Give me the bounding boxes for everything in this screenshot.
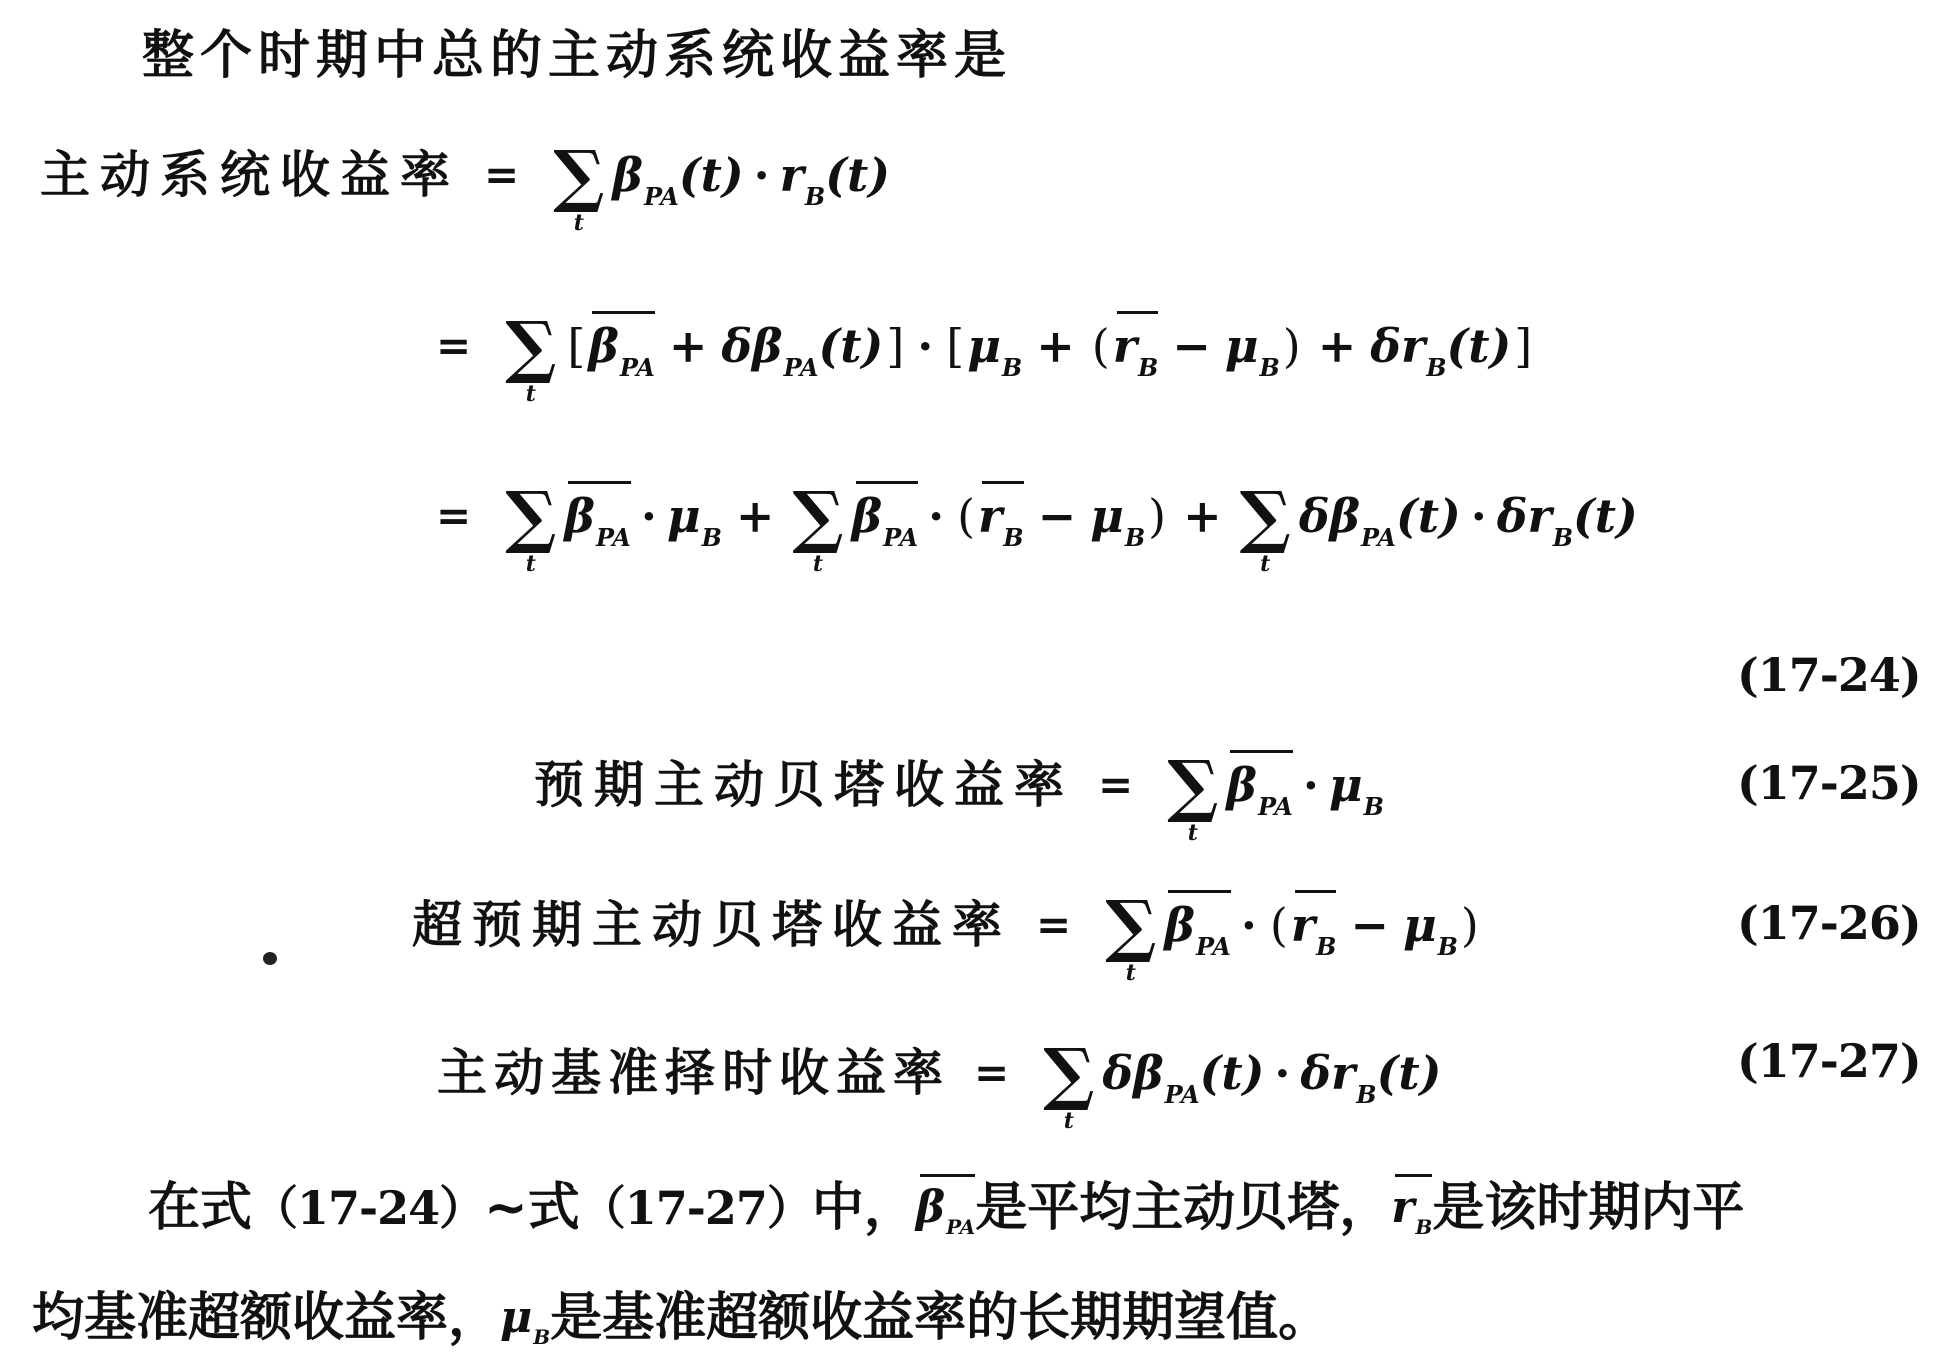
minus-sign: − <box>1172 323 1211 369</box>
dot-operator: · <box>754 152 770 198</box>
r-b: rB <box>780 152 826 198</box>
equation-17-24-line-1: 主动系统收益率 = ∑ t βPA (t) · rB (t) <box>40 140 890 210</box>
paragraph-line-1: 在式 （17-24） ~ 式 （17-27） 中， βPA 是平均主动贝塔， r… <box>148 1178 1744 1238</box>
arg-t: (t) <box>1573 493 1638 539</box>
equation-number-17-24: (17-24) <box>1737 648 1921 702</box>
equation-ref: （17-27） <box>580 1185 812 1231</box>
delta-beta-pa: δβPA <box>1299 493 1396 539</box>
summation-icon: ∑ t <box>505 487 556 544</box>
mu-b: μB <box>1329 762 1384 808</box>
para-text: 式 <box>528 1182 580 1234</box>
delta-r-b: δrB <box>1497 493 1573 539</box>
summation-icon: ∑ t <box>1167 756 1218 813</box>
paragraph-line-2: 均基准超额收益率， μB 是基准超额收益率的长期期望值。 <box>32 1288 1330 1348</box>
mu-b: μB <box>500 1296 550 1340</box>
delta-beta-pa: δβPA <box>1102 1050 1199 1096</box>
summation-icon: ∑ t <box>1240 487 1291 544</box>
beta-pa-bar: βPA <box>916 1186 975 1230</box>
open-bracket: [ <box>946 323 964 369</box>
mu-b: μB <box>967 323 1022 369</box>
delta-r-b: δrB <box>1370 323 1446 369</box>
para-text: 是基准超额收益率的长期期望值。 <box>550 1292 1330 1344</box>
plus-sign: + <box>1183 493 1222 539</box>
equals-sign: = <box>436 495 471 537</box>
dot-operator: · <box>917 323 933 369</box>
r-b-bar: rB <box>1291 902 1337 948</box>
equation-number-17-27: (17-27) <box>1737 1034 1921 1088</box>
left-paren: ( <box>1092 323 1110 369</box>
plus-sign: + <box>1036 323 1075 369</box>
dot-operator: · <box>1241 902 1257 948</box>
arg-t: (t) <box>819 323 884 369</box>
equation-17-25: 预期主动贝塔收益率 = ∑ t βPA · μB <box>534 748 1384 822</box>
summation-icon: ∑ t <box>505 317 556 374</box>
r-b-bar: rB <box>1113 323 1159 369</box>
equals-sign: = <box>974 1052 1009 1094</box>
r-b-bar: rB <box>1391 1186 1432 1230</box>
equals-sign: = <box>1098 764 1133 806</box>
close-bracket: ] <box>886 323 904 369</box>
para-text: ~ <box>484 1182 528 1234</box>
equation-17-27: 主动基准择时收益率 = ∑ t δβPA (t) · δrB (t) <box>437 1036 1441 1110</box>
dot-operator: · <box>1471 493 1487 539</box>
arg-t: (t) <box>1377 1050 1442 1096</box>
dot-operator: · <box>641 493 657 539</box>
equation-17-24-line-2: = ∑ t [ βPA + δβPA (t) ] · [ μB + ( rB −… <box>436 306 1535 386</box>
equation-17-24-rhs: = ∑ t βPA (t) · rB (t) <box>460 146 890 203</box>
plus-sign: + <box>736 493 775 539</box>
beta-pa-bar: βPA <box>1164 902 1230 948</box>
equals-sign: = <box>484 154 519 196</box>
equation-17-26: 超预期主动贝塔收益率 = ∑ t βPA · ( rB − μB ) <box>412 888 1482 962</box>
left-paren: ( <box>1270 902 1288 948</box>
equation-lhs-label: 主动基准择时收益率 <box>437 1048 950 1098</box>
mu-b: μB <box>667 493 722 539</box>
equation-number-17-25: (17-25) <box>1737 756 1921 810</box>
summation-icon: ∑ t <box>792 487 843 544</box>
arg-t: (t) <box>679 152 744 198</box>
para-text: 中， <box>812 1182 916 1234</box>
open-bracket: [ <box>567 323 585 369</box>
minus-sign: − <box>1350 902 1389 948</box>
right-paren: ) <box>1283 323 1301 369</box>
right-paren: ) <box>1461 902 1479 948</box>
summation-icon: ∑ t <box>1043 1044 1094 1101</box>
equation-17-24-line-3: = ∑ t βPA · μB + ∑ t βPA · ( rB − μB ) +… <box>436 476 1638 556</box>
equation-lhs-label: 超预期主动贝塔收益率 <box>412 900 1012 950</box>
dot-operator: · <box>928 493 944 539</box>
minus-sign: − <box>1038 493 1077 539</box>
beta-pa-bar: βPA <box>852 493 918 539</box>
left-paren: ( <box>957 493 975 539</box>
r-b-bar: rB <box>978 493 1024 539</box>
right-paren: ) <box>1148 493 1166 539</box>
arg-t: (t) <box>825 152 890 198</box>
equation-ref: （17-24） <box>252 1185 484 1231</box>
equation-lhs-label: 主动系统收益率 <box>40 150 460 200</box>
equation-lhs-label: 预期主动贝塔收益率 <box>534 760 1074 810</box>
plus-sign: + <box>1318 323 1357 369</box>
plus-sign: + <box>669 323 708 369</box>
mu-b: μB <box>1403 902 1458 948</box>
dot-operator: · <box>1303 762 1319 808</box>
para-text: 是该时期内平 <box>1432 1182 1744 1234</box>
close-bracket: ] <box>1514 323 1532 369</box>
mu-b: μB <box>1225 323 1280 369</box>
beta-pa: βPA <box>612 152 678 198</box>
para-text: 在式 <box>148 1182 252 1234</box>
arg-t: (t) <box>1446 323 1511 369</box>
para-text: 是平均主动贝塔， <box>975 1182 1391 1234</box>
beta-pa-bar: βPA <box>588 323 654 369</box>
delta-r-b: δrB <box>1300 1050 1376 1096</box>
arg-t: (t) <box>1396 493 1461 539</box>
equals-sign: = <box>436 325 471 367</box>
summation-icon: ∑ t <box>1105 896 1156 953</box>
print-speck <box>263 952 277 965</box>
mu-b: μB <box>1090 493 1145 539</box>
arg-t: (t) <box>1200 1050 1265 1096</box>
beta-pa-bar: βPA <box>564 493 630 539</box>
summation-icon: ∑ t <box>553 146 604 203</box>
para-text: 均基准超额收益率， <box>32 1292 500 1344</box>
beta-pa-bar: βPA <box>1226 762 1292 808</box>
equation-number-17-26: (17-26) <box>1737 896 1921 950</box>
delta-beta-pa: δβPA <box>721 323 818 369</box>
intro-text: 整个时期中总的主动系统收益率是 <box>142 30 1012 82</box>
equals-sign: = <box>1036 904 1071 946</box>
dot-operator: · <box>1274 1050 1290 1096</box>
